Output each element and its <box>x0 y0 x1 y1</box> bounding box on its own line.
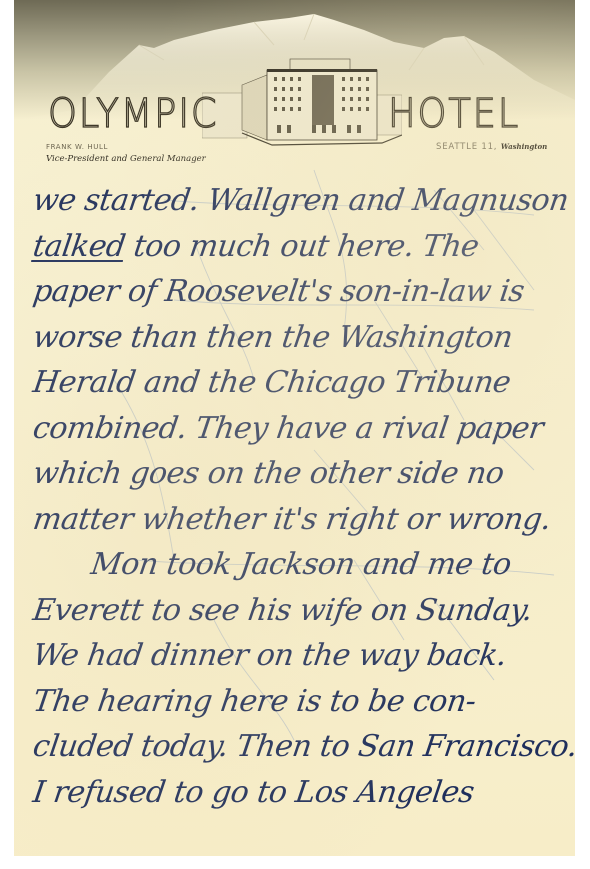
letter-line-14: I refused to go to Los Angeles <box>30 770 575 816</box>
letter-line-4: worse than then the Washington <box>30 315 575 361</box>
hotel-name-hotel: HOTEL <box>388 92 520 136</box>
letter-sheet: OLYMPIC HOTEL FRANK W. HULL Vice-Preside… <box>14 0 575 856</box>
hotel-building-illustration <box>202 45 402 150</box>
letter-line-13: cluded today. Then to San Francisco. <box>30 724 575 770</box>
handwritten-letter-body: we started. Wallgren and Magnuson talked… <box>30 178 575 815</box>
hotel-address: SEATTLE 11, Washington <box>436 142 547 152</box>
letter-line-6: combined. They have a rival paper <box>30 406 575 452</box>
letter-line-7: which goes on the other side no <box>30 451 575 497</box>
address-state: Washington <box>501 142 547 151</box>
hotel-name-olympic: OLYMPIC <box>48 92 218 136</box>
letter-line-12: The hearing here is to be con- <box>30 679 575 725</box>
letterhead: OLYMPIC HOTEL FRANK W. HULL Vice-Preside… <box>14 0 575 170</box>
letter-line-10: Everett to see his wife on Sunday. <box>30 588 575 634</box>
underlined-word: talked <box>31 229 128 264</box>
letter-line-1: we started. Wallgren and Magnuson <box>30 178 575 224</box>
letter-line-9: Mon took Jackson and me to <box>30 542 575 588</box>
letter-line-11: We had dinner on the way back. <box>30 633 575 679</box>
letter-line-8: matter whether it's right or wrong. <box>30 497 575 543</box>
letter-line-2: talked too much out here. The <box>30 224 575 270</box>
address-city: SEATTLE 11, <box>436 142 497 152</box>
letter-line-3: paper of Roosevelt's son-in-law is <box>30 269 575 315</box>
manager-title: Vice-President and General Manager <box>46 154 206 164</box>
letter-line-5: Herald and the Chicago Tribune <box>30 360 575 406</box>
manager-name: FRANK W. HULL <box>46 143 108 151</box>
letter-line-2-rest: too much out here. The <box>122 229 480 264</box>
